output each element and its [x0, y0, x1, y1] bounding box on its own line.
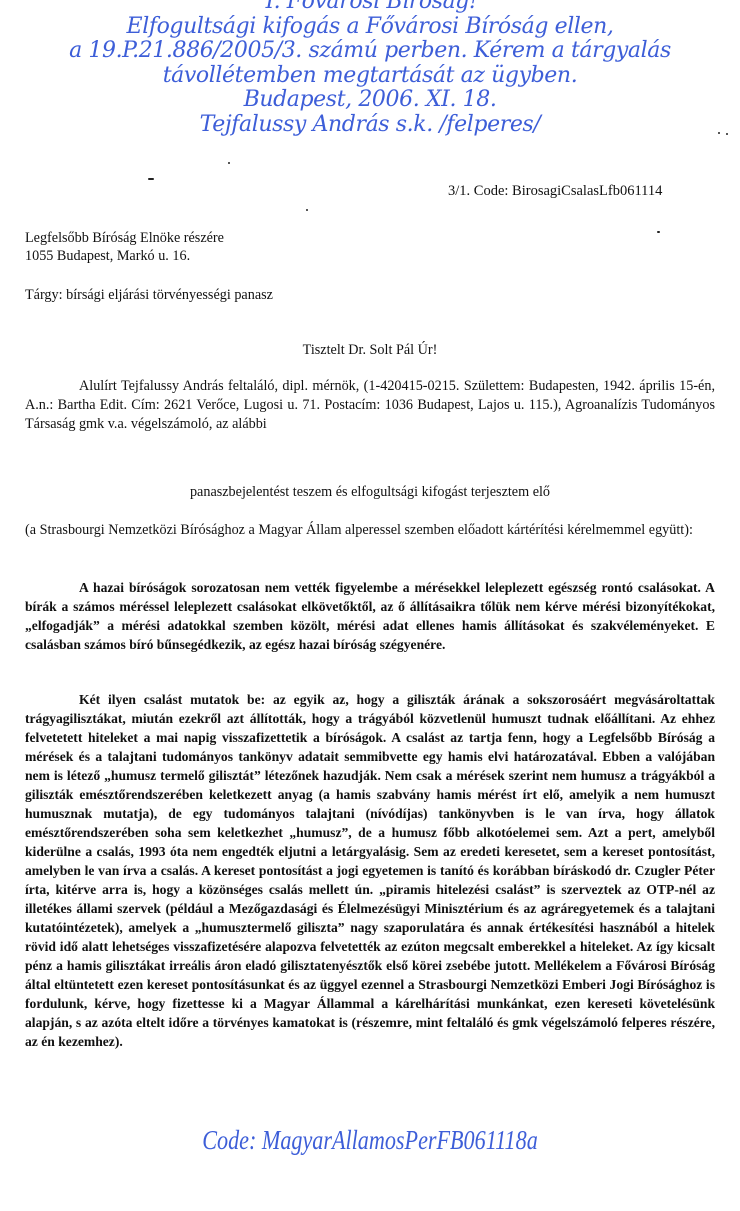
- salutation: Tisztelt Dr. Solt Pál Úr!: [0, 342, 740, 359]
- paragraph-introduction-text: Alulírt Tejfalussy András feltaláló, dip…: [25, 378, 715, 432]
- header-line-case-number: a 19.P.21.886/2005/3. számú perben. Kére…: [0, 39, 740, 64]
- scan-speck: [718, 132, 720, 134]
- addressee-name: Legfelsőbb Bíróság Elnöke részére: [25, 229, 224, 247]
- paragraph-strasbourg-note: (a Strasbourgi Nemzetközi Bírósághoz a M…: [25, 521, 715, 540]
- paragraph-worm-fraud-text: Két ilyen csalást mutatok be: az egyik a…: [25, 692, 715, 1049]
- header-line-date: Budapest, 2006. XI. 18.: [0, 88, 740, 113]
- scan-speck: [228, 162, 230, 164]
- paragraph-worm-fraud: Két ilyen csalást mutatok be: az egyik a…: [25, 690, 715, 1051]
- paragraph-introduction: Alulírt Tejfalussy András feltaláló, dip…: [25, 377, 715, 434]
- header-line-request: távollétemben megtartását az ügyben.: [0, 64, 740, 89]
- header-line-signature: Tejfalussy András s.k. /felperes/: [0, 113, 740, 138]
- subject-line: Tárgy: bírsági eljárási törvényességi pa…: [25, 287, 273, 304]
- paragraph-court-fraud-text: A hazai bíróságok sorozatosan nem vették…: [25, 580, 715, 652]
- scan-speck: [726, 133, 728, 135]
- complaint-statement: panaszbejelentést teszem és elfogultsági…: [0, 484, 740, 501]
- footer-blue-code: Code: MagyarAllamosPerFB061118a: [67, 1125, 674, 1156]
- addressee-address: 1055 Budapest, Markó u. 16.: [25, 247, 224, 265]
- header-line-court: T. Fővárosi Bíróság!: [0, 0, 740, 15]
- blue-handwritten-header: T. Fővárosi Bíróság! Elfogultsági kifogá…: [0, 0, 740, 137]
- addressee-block: Legfelsőbb Bíróság Elnöke részére 1055 B…: [25, 229, 224, 265]
- scan-speck: [148, 178, 154, 180]
- scan-speck: [306, 209, 308, 211]
- header-line-objection: Elfogultsági kifogás a Fővárosi Bíróság …: [0, 15, 740, 40]
- document-code-reference: 3/1. Code: BirosagiCsalasLfb061114: [448, 183, 662, 200]
- paragraph-court-fraud: A hazai bíróságok sorozatosan nem vették…: [25, 578, 715, 654]
- scan-speck: [657, 231, 660, 233]
